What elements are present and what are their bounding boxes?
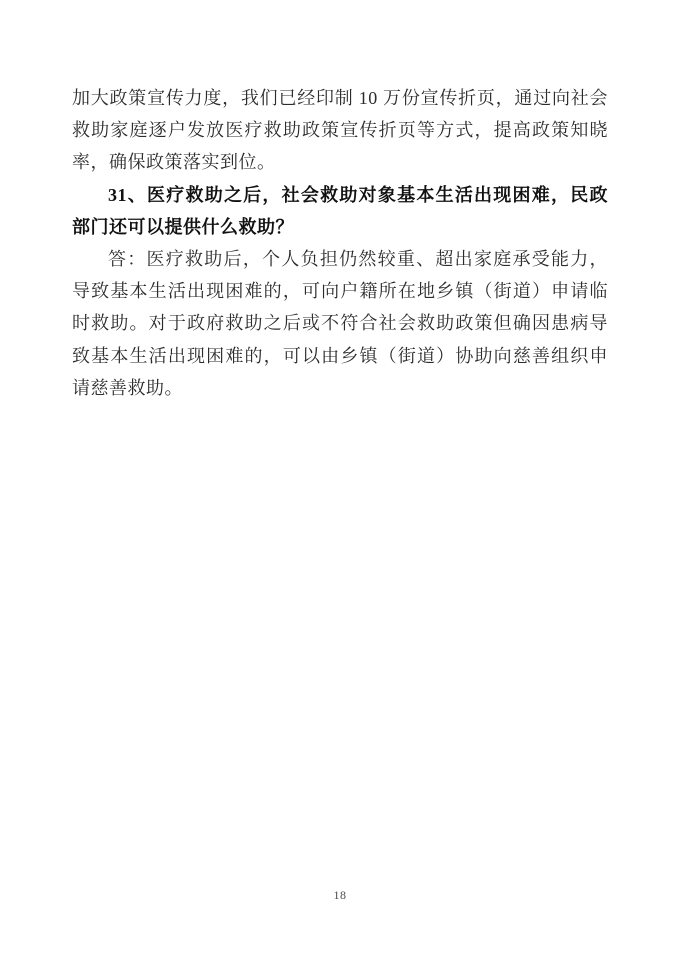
- body-line: 救助家庭逐户发放医疗救助政策宣传折页等方式，提高政策知晓: [72, 114, 608, 146]
- question-heading-line: 31、医疗救助之后，社会救助对象基本生活出现困难，民政: [72, 179, 608, 211]
- question-heading-line: 部门还可以提供什么救助？: [72, 211, 608, 243]
- text-block: 加大政策宣传力度，我们已经印制 10 万份宣传折页，通过向社会 救助家庭逐户发放…: [72, 82, 608, 404]
- page-number: 18: [0, 888, 680, 902]
- body-line: 率，确保政策落实到位。: [72, 146, 608, 178]
- answer-line: 时救助。对于政府救助之后或不符合社会救助政策但确因患病导: [72, 307, 608, 339]
- answer-line: 请慈善救助。: [72, 372, 608, 404]
- body-line: 加大政策宣传力度，我们已经印制 10 万份宣传折页，通过向社会: [72, 82, 608, 114]
- answer-line: 致基本生活出现困难的，可以由乡镇（街道）协助向慈善组织申: [72, 340, 608, 372]
- document-page: 加大政策宣传力度，我们已经印制 10 万份宣传折页，通过向社会 救助家庭逐户发放…: [0, 0, 680, 961]
- answer-line: 答：医疗救助后，个人负担仍然较重、超出家庭承受能力，: [72, 243, 608, 275]
- answer-line: 导致基本生活出现困难的，可向户籍所在地乡镇（街道）申请临: [72, 275, 608, 307]
